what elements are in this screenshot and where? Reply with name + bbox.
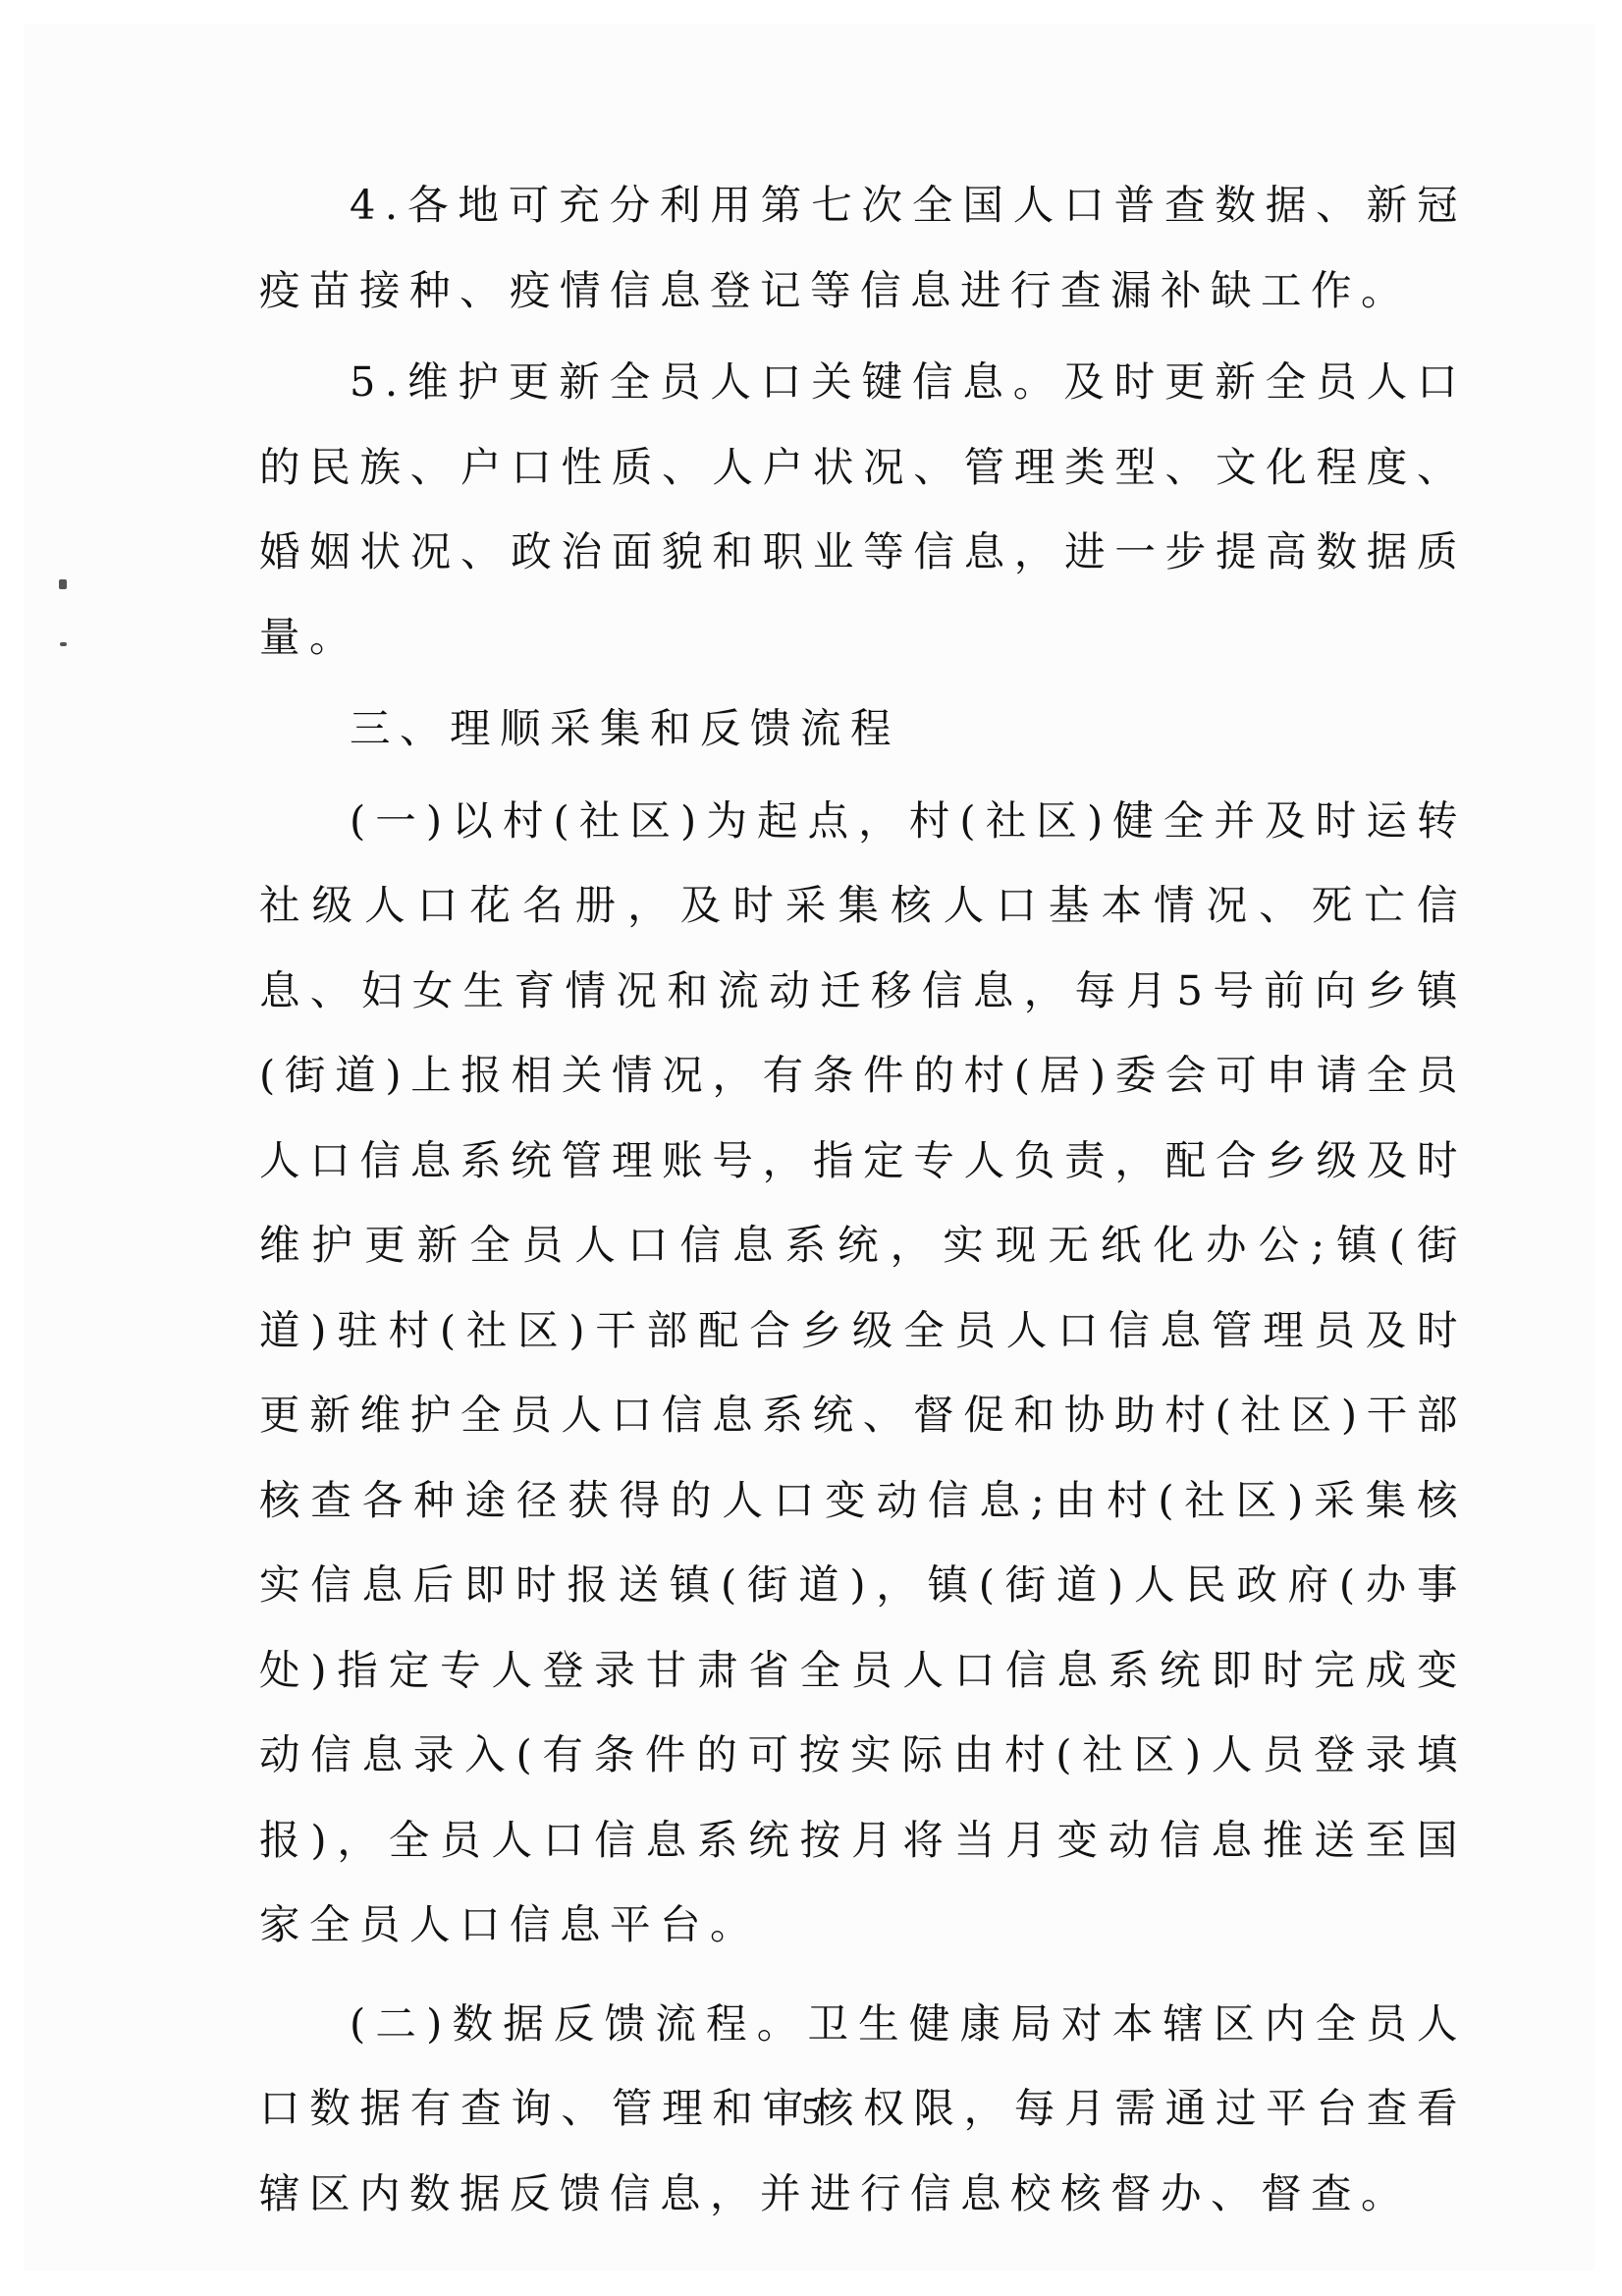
document-body: 4.各地可充分利用第七次全国人口普查数据、新冠疫苗接种、疫情信息登记等信息进行查… — [259, 24, 1467, 2236]
scan-speck-mark — [59, 579, 67, 589]
paragraph-item-5: 5.维护更新全员人口关键信息。及时更新全员人口的民族、户口性质、人户状况、管理类… — [259, 340, 1467, 680]
section-heading-3: 三、理顺采集和反馈流程 — [259, 686, 1467, 772]
page-number: 5 — [0, 2090, 1622, 2133]
paragraph-item-4: 4.各地可充分利用第七次全国人口普查数据、新冠疫苗接种、疫情信息登记等信息进行查… — [259, 163, 1467, 333]
scan-speck-mark — [60, 642, 67, 646]
scanned-page: 4.各地可充分利用第七次全国人口普查数据、新冠疫苗接种、疫情信息登记等信息进行查… — [24, 24, 1595, 2270]
paragraph-subsection-1: (一)以村(社区)为起点，村(社区)健全并及时运转社级人口花名册，及时采集核人口… — [259, 779, 1467, 1968]
